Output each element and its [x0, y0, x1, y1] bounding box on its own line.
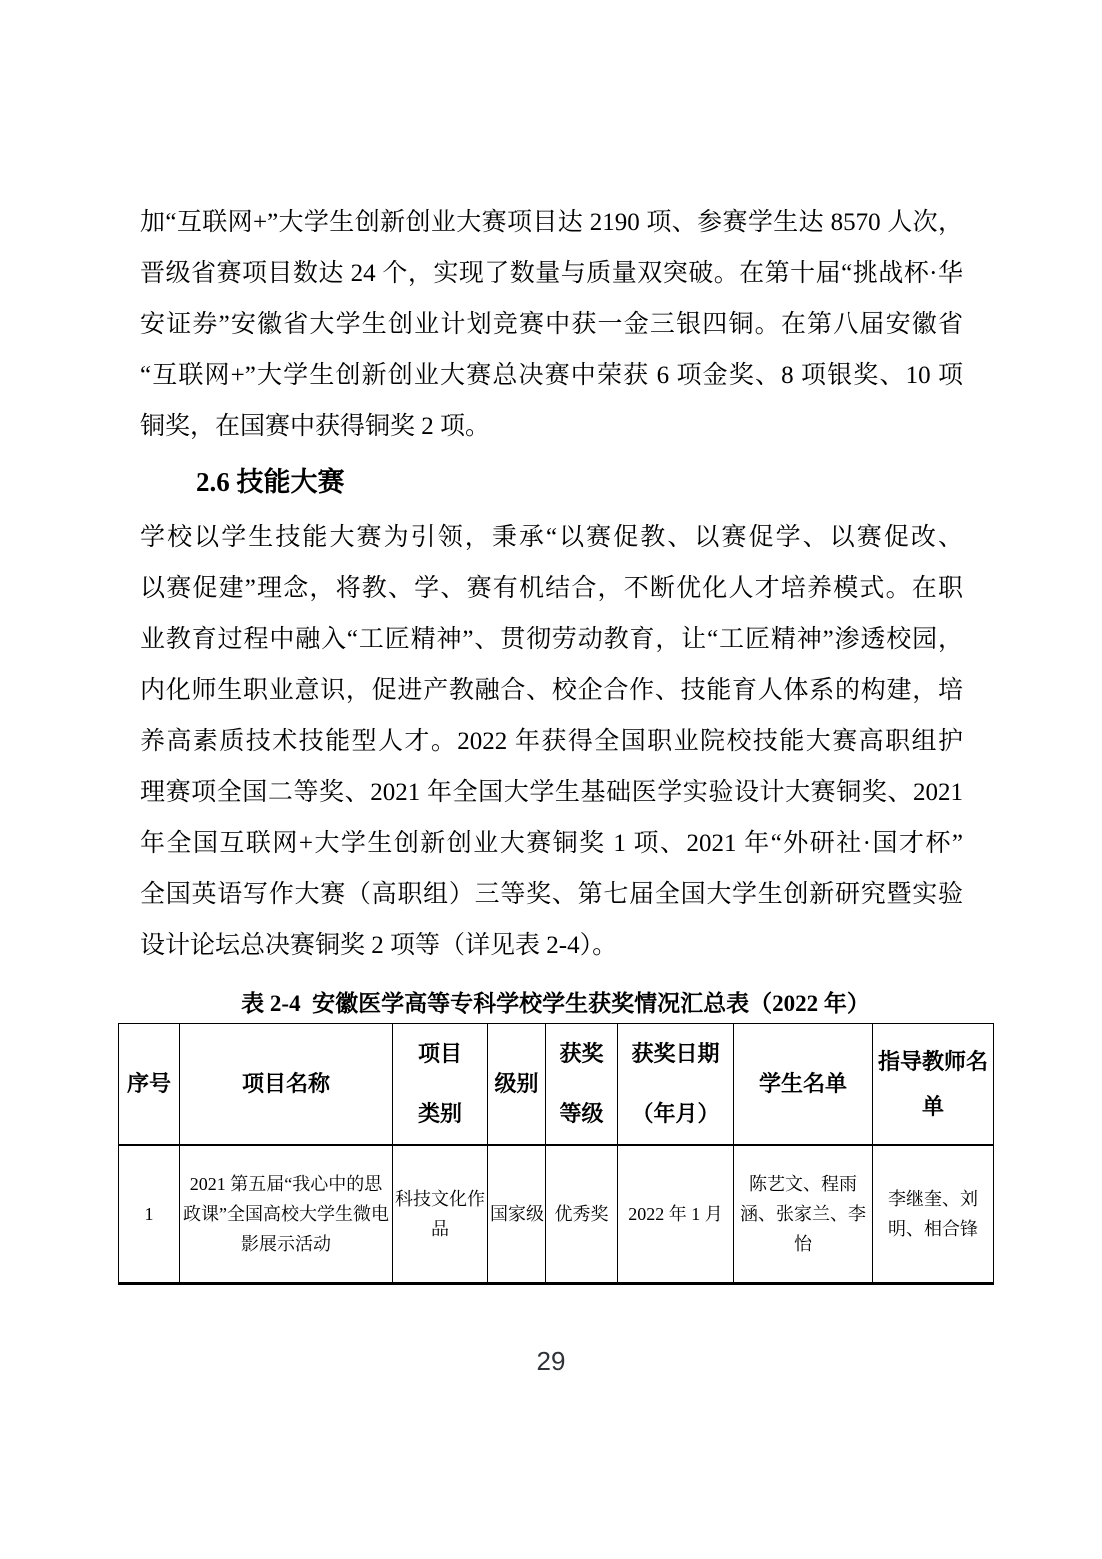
header-index: 序号 [119, 1024, 180, 1146]
header-students: 学生名单 [734, 1024, 873, 1146]
text-line: 年全国互联网+大学生创新创业大赛铜奖 1 项、2021 年“外研社·国才杯” [140, 818, 963, 869]
text-line: 学校以学生技能大赛为引领，秉承“以赛促教、以赛促学、以赛促改、 [140, 512, 963, 563]
header-index-label: 序号 [121, 1071, 177, 1097]
header-award-date-line2: （年月） [620, 1084, 731, 1144]
document-page: 加“互联网+”大学生创新创业大赛项目达 2190 项、参赛学生达 8570 人次… [0, 0, 1102, 1559]
text-line: 养高素质技术技能型人才。2022 年获得全国职业院校技能大赛高职组护 [140, 716, 963, 767]
cell-project-name: 2021 第五届“我心中的思政课”全国高校大学生微电影展示活动 [180, 1145, 393, 1283]
table-row: 1 2021 第五届“我心中的思政课”全国高校大学生微电影展示活动 科技文化作品… [119, 1145, 994, 1283]
paragraph-skills-competition: 学校以学生技能大赛为引领，秉承“以赛促教、以赛促学、以赛促改、 以赛促建”理念，… [140, 512, 963, 971]
text-line: 铜奖，在国赛中获得铜奖 2 项。 [140, 401, 963, 452]
header-award-grade-line2: 等级 [548, 1084, 615, 1144]
cell-project-category: 科技文化作品 [393, 1145, 488, 1283]
text-line: 以赛促建”理念，将教、学、赛有机结合，不断优化人才培养模式。在职 [140, 563, 963, 614]
table-caption: 表 2-4 安徽医学高等专科学校学生获奖情况汇总表（2022 年） [118, 987, 993, 1021]
text-line: 内化师生职业意识，促进产教融合、校企合作、技能育人体系的构建，培 [140, 665, 963, 716]
page-number: 29 [0, 1345, 1102, 1377]
text-line: 业教育过程中融入“工匠精神”、贯彻劳动教育，让“工匠精神”渗透校园， [140, 614, 963, 665]
header-students-label: 学生名单 [736, 1071, 870, 1097]
table-header-row: 序号 项目名称 项目 类别 级别 获奖 等级 [119, 1024, 994, 1146]
text-line: 晋级省赛项目数达 24 个，实现了数量与质量双突破。在第十届“挑战杯·华 [140, 248, 963, 299]
text-line: 安证券”安徽省大学生创业计划竞赛中获一金三银四铜。在第八届安徽省 [140, 299, 963, 350]
cell-index: 1 [119, 1145, 180, 1283]
text-line: “互联网+”大学生创新创业大赛总决赛中荣获 6 项金奖、8 项银奖、10 项 [140, 350, 963, 401]
cell-teachers: 李继奎、刘明、相合锋 [873, 1145, 994, 1283]
header-project-category: 项目 类别 [393, 1024, 488, 1146]
header-project-name: 项目名称 [180, 1024, 393, 1146]
cell-level: 国家级 [488, 1145, 546, 1283]
header-project-name-label: 项目名称 [182, 1071, 390, 1097]
header-award-date-line1: 获奖日期 [620, 1024, 731, 1084]
text-line: 全国英语写作大赛（高职组）三等奖、第七届全国大学生创新研究暨实验 [140, 869, 963, 920]
header-level: 级别 [488, 1024, 546, 1146]
header-award-grade-line1: 获奖 [548, 1024, 615, 1084]
header-project-category-line1: 项目 [395, 1024, 485, 1084]
header-teachers: 指导教师名单 [873, 1024, 994, 1146]
header-award-date: 获奖日期 （年月） [618, 1024, 734, 1146]
header-level-label: 级别 [490, 1071, 543, 1097]
header-project-category-line2: 类别 [395, 1084, 485, 1144]
cell-award-grade: 优秀奖 [546, 1145, 618, 1283]
paragraph-innovation-competition: 加“互联网+”大学生创新创业大赛项目达 2190 项、参赛学生达 8570 人次… [140, 197, 963, 452]
section-heading-2-6: 2.6 技能大赛 [196, 457, 345, 508]
cell-students: 陈艺文、程雨涵、张家兰、李怡 [734, 1145, 873, 1283]
cell-award-date: 2022 年 1 月 [618, 1145, 734, 1283]
header-award-grade: 获奖 等级 [546, 1024, 618, 1146]
awards-summary-table: 序号 项目名称 项目 类别 级别 获奖 等级 [118, 1023, 994, 1285]
text-line: 理赛项全国二等奖、2021 年全国大学生基础医学实验设计大赛铜奖、2021 [140, 767, 963, 818]
header-teachers-label: 指导教师名单 [875, 1039, 991, 1129]
text-line: 设计论坛总决赛铜奖 2 项等（详见表 2-4）。 [140, 920, 963, 971]
text-line: 加“互联网+”大学生创新创业大赛项目达 2190 项、参赛学生达 8570 人次… [140, 197, 963, 248]
